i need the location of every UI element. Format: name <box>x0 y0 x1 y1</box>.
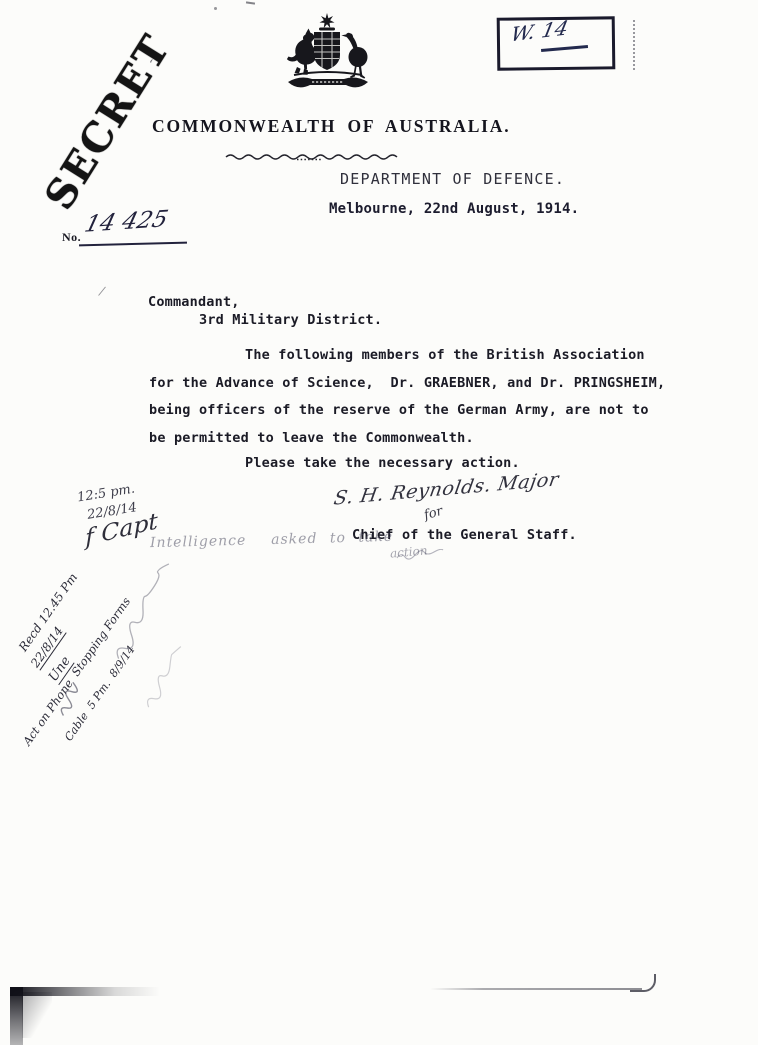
scan-artifact-page-edge-hook <box>630 974 656 992</box>
scan-artifact-corner <box>22 992 52 1038</box>
closing-line: Please take the necessary action. <box>245 455 520 471</box>
body-line: being officers of the reserve of the Ger… <box>149 402 649 418</box>
scan-artifact-page-edge <box>430 988 642 990</box>
addressee-line: 3rd Military District. <box>199 312 382 328</box>
scan-speck <box>246 1 255 4</box>
body-line: for the Advance of Science, Dr. GRAEBNER… <box>149 375 665 391</box>
scan-speck: / <box>99 284 106 299</box>
department-line: DEPARTMENT OF DEFENCE. <box>340 170 565 188</box>
dateline: Melbourne, 22nd August, 1914. <box>329 201 579 217</box>
number-handwritten-value: 14 425 <box>82 206 171 238</box>
number-label: No. <box>62 230 81 245</box>
scan-speck: ʻ <box>149 58 153 73</box>
australian-coat-of-arms-icon <box>272 12 384 104</box>
wavy-rule <box>225 146 403 165</box>
signature-handwritten: S. H. Reynolds. Major <box>332 468 560 509</box>
binding-dotted-line <box>633 20 635 70</box>
number-underline <box>79 242 187 247</box>
signature-for-note: for <box>422 504 444 523</box>
scan-speck <box>214 7 217 10</box>
letterhead-title: COMMONWEALTH OF AUSTRALIA. <box>152 116 510 137</box>
body-line: The following members of the British Ass… <box>245 347 645 363</box>
illegible-scribble <box>395 548 465 567</box>
scanned-letter-page: SECRET <box>0 0 758 1045</box>
secret-stamp: SECRET <box>36 57 161 218</box>
body-line: be permitted to leave the Commonwealth. <box>149 430 474 446</box>
addressee-line: Commandant, <box>148 294 240 310</box>
